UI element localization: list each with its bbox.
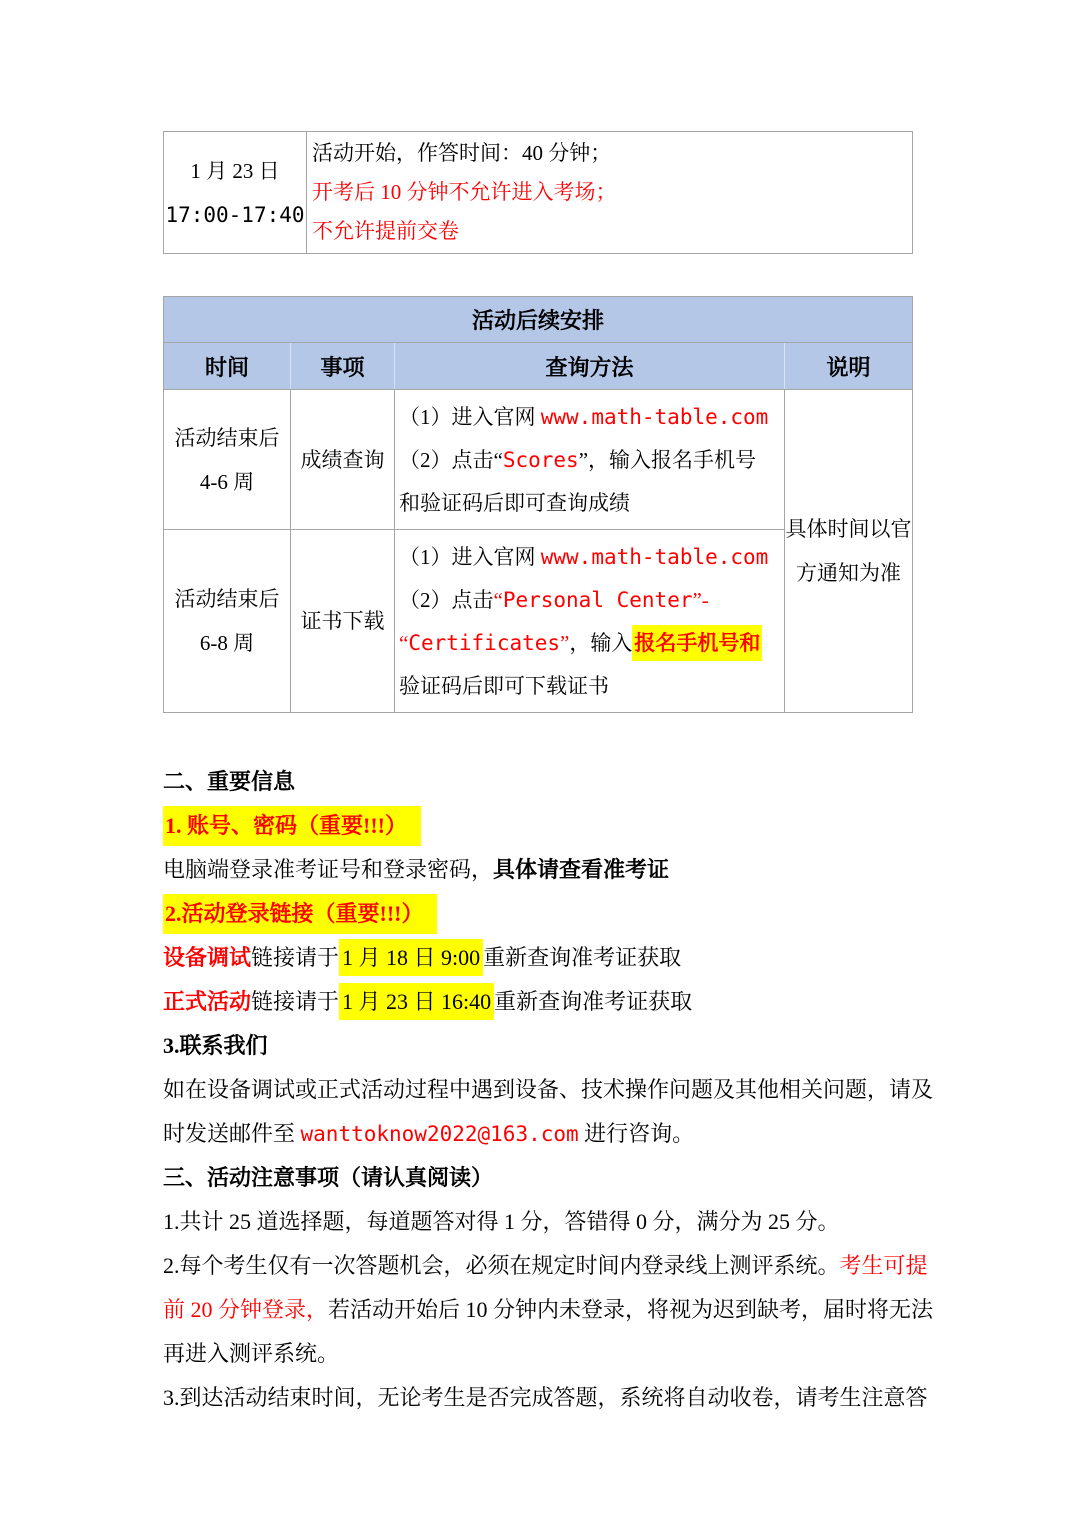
row2-method-line3: “Certificates”，输入报名手机号和 bbox=[399, 622, 784, 665]
account-password-body: 电脑端登录准考证号和登录密码，具体请查看准考证 bbox=[163, 848, 953, 892]
row1-item-cell: 成绩查询 bbox=[291, 390, 395, 530]
column-header-item: 事项 bbox=[291, 343, 395, 389]
formal-event-tail: 重新查询准考证获取 bbox=[494, 989, 692, 1014]
device-test-line: 设备调试链接请于1 月 18 日 9:00重新查询准考证获取 bbox=[163, 936, 953, 980]
note3-line: 3.到达活动结束时间，无论考生是否完成答题，系统将自动收卷，请考生注意答 bbox=[163, 1376, 953, 1420]
row1-m2-prefix: （2）点击“ bbox=[399, 448, 503, 472]
row2-method-line4: 验证码后即可下载证书 bbox=[399, 665, 784, 708]
schedule-detail-line-no-early-submit: 不允许提前交卷 bbox=[312, 212, 912, 251]
row1-method-cell: （1）进入官网 www.math-table.com （2）点击“Scores”… bbox=[395, 390, 785, 530]
note2-line1: 2.每个考生仅有一次答题机会，必须在规定时间内登录线上测评系统。考生可提 bbox=[163, 1244, 953, 1288]
schedule-time-cell: 1 月 23 日 17:00-17:40 bbox=[164, 132, 307, 253]
important-info-heading: 二、重要信息 bbox=[163, 760, 953, 804]
row1-method-line1: （1）进入官网 www.math-table.com bbox=[399, 396, 784, 439]
note2-line2-black: 若活动开始后 10 分钟内未登录，将视为迟到缺考，届时将无法 bbox=[328, 1297, 933, 1322]
followup-table-body: 活动结束后 4-6 周 成绩查询 （1）进入官网 www.math-table.… bbox=[164, 390, 912, 712]
column-header-time: 时间 bbox=[164, 343, 291, 389]
followup-table-header-row: 时间 事项 查询方法 说明 bbox=[164, 343, 912, 390]
device-test-label: 设备调试 bbox=[163, 945, 251, 970]
row2-method-cell: （1）进入官网 www.math-table.com （2）点击“Persona… bbox=[395, 530, 785, 712]
schedule-detail-line: 活动开始，作答时间：40 分钟； bbox=[312, 134, 912, 173]
scores-button-label: Scores bbox=[503, 448, 579, 472]
row2-method-line1: （1）进入官网 www.math-table.com bbox=[399, 536, 784, 579]
note-line1: 具体时间以官 bbox=[786, 507, 912, 551]
row2-m2-prefix: （2）点击 bbox=[399, 588, 494, 612]
row2-time-cell: 活动结束后 6-8 周 bbox=[164, 530, 291, 712]
check-admission-ticket-bold: 具体请查看准考证 bbox=[493, 857, 669, 882]
personal-center-label: Personal Center bbox=[503, 588, 693, 612]
account-password-item: 1. 账号、密码（重要!!!） bbox=[163, 804, 953, 848]
row1-m2-suffix: ”，输入报名手机号 bbox=[579, 448, 756, 472]
row1-time-line1: 活动结束后 bbox=[175, 416, 280, 460]
note2-line1-black: 2.每个考生仅有一次答题机会，必须在规定时间内登录线上测评系统。 bbox=[163, 1253, 840, 1278]
device-test-mid: 链接请于 bbox=[251, 945, 339, 970]
row1-method-line3: 和验证码后即可查询成绩 bbox=[399, 482, 784, 525]
contact-line2-prefix: 时发送邮件至 bbox=[163, 1121, 301, 1146]
row1-time-cell: 活动结束后 4-6 周 bbox=[164, 390, 291, 530]
followup-table-title: 活动后续安排 bbox=[164, 297, 912, 343]
column-header-method: 查询方法 bbox=[395, 343, 785, 389]
row2-m3-quote-open: “ bbox=[399, 631, 408, 655]
schedule-detail-cell: 活动开始，作答时间：40 分钟； 开考后 10 分钟不允许进入考场； 不允许提前… bbox=[307, 132, 912, 253]
formal-event-mid: 链接请于 bbox=[251, 989, 339, 1014]
note2-line2: 前 20 分钟登录，若活动开始后 10 分钟内未登录，将视为迟到缺考，届时将无法 bbox=[163, 1288, 953, 1332]
note2-line2-red: 前 20 分钟登录， bbox=[163, 1297, 328, 1322]
account-password-title-highlight: 1. 账号、密码（重要!!!） bbox=[163, 806, 421, 846]
document-content: 1 月 23 日 17:00-17:40 活动开始，作答时间：40 分钟； 开考… bbox=[163, 131, 913, 1420]
contact-line2-suffix: 进行咨询。 bbox=[579, 1121, 695, 1146]
device-test-tail: 重新查询准考证获取 bbox=[483, 945, 681, 970]
row1-time-line2: 4-6 周 bbox=[200, 460, 254, 504]
phone-number-highlight: 报名手机号和 bbox=[632, 625, 762, 661]
schedule-date: 1 月 23 日 bbox=[190, 149, 279, 193]
text-sections: 二、重要信息 1. 账号、密码（重要!!!） 电脑端登录准考证号和登录密码，具体… bbox=[163, 760, 953, 1420]
row2-m1-prefix: （1）进入官网 bbox=[399, 545, 541, 569]
schedule-detail-line-no-entry: 开考后 10 分钟不允许进入考场； bbox=[312, 173, 912, 212]
formal-event-label: 正式活动 bbox=[163, 989, 251, 1014]
row2-time-line2: 6-8 周 bbox=[200, 621, 254, 665]
note-line2: 方通知为准 bbox=[796, 551, 901, 595]
row2-item-cell: 证书下载 bbox=[291, 530, 395, 712]
row2-m2-quote-open: “ bbox=[494, 588, 503, 612]
contact-line1: 如在设备调试或正式活动过程中遇到设备、技术操作问题及其他相关问题，请及 bbox=[163, 1068, 953, 1112]
row2-time-line1: 活动结束后 bbox=[175, 577, 280, 621]
row1-method-line2: （2）点击“Scores”，输入报名手机号 bbox=[399, 439, 784, 482]
note2-line1-red: 考生可提 bbox=[840, 1253, 928, 1278]
row1-m1-prefix: （1）进入官网 bbox=[399, 405, 541, 429]
account-password-normal: 电脑端登录准考证号和登录密码， bbox=[163, 857, 493, 882]
row2-m2-quote-close: ”- bbox=[692, 588, 708, 612]
exam-schedule-table: 1 月 23 日 17:00-17:40 活动开始，作答时间：40 分钟； 开考… bbox=[163, 131, 913, 254]
followup-table: 活动后续安排 时间 事项 查询方法 说明 活动结束后 4-6 周 成绩查询 （1… bbox=[163, 296, 913, 713]
official-site-url: www.math-table.com bbox=[541, 545, 769, 569]
login-link-item: 2.活动登录链接（重要!!!） bbox=[163, 892, 953, 936]
schedule-time-range: 17:00-17:40 bbox=[165, 193, 304, 237]
device-test-time-highlight: 1 月 18 日 9:00 bbox=[339, 939, 483, 976]
official-site-url: www.math-table.com bbox=[541, 405, 769, 429]
column-header-note: 说明 bbox=[785, 343, 912, 389]
document-page: 1 月 23 日 17:00-17:40 活动开始，作答时间：40 分钟； 开考… bbox=[0, 0, 1080, 1527]
contact-us-heading: 3.联系我们 bbox=[163, 1024, 953, 1068]
login-link-title-highlight: 2.活动登录链接（重要!!!） bbox=[163, 894, 437, 934]
row2-m3-quote-close: ” bbox=[560, 631, 569, 655]
row2-method-line2: （2）点击“Personal Center”- bbox=[399, 579, 784, 622]
formal-event-line: 正式活动链接请于1 月 23 日 16:40重新查询准考证获取 bbox=[163, 980, 953, 1024]
notes-heading: 三、活动注意事项（请认真阅读） bbox=[163, 1156, 953, 1200]
contact-email: wanttoknow2022@163.com bbox=[301, 1122, 579, 1146]
note2-line3: 再进入测评系统。 bbox=[163, 1332, 953, 1376]
contact-line2: 时发送邮件至 wanttoknow2022@163.com 进行咨询。 bbox=[163, 1112, 953, 1156]
note-cell: 具体时间以官 方通知为准 bbox=[785, 390, 912, 712]
note1-line: 1.共计 25 道选择题，每道题答对得 1 分，答错得 0 分，满分为 25 分… bbox=[163, 1200, 953, 1244]
row2-m3-mid: ，输入 bbox=[569, 631, 632, 655]
certificates-label: Certificates bbox=[408, 631, 560, 655]
formal-event-time-highlight: 1 月 23 日 16:40 bbox=[339, 983, 494, 1020]
